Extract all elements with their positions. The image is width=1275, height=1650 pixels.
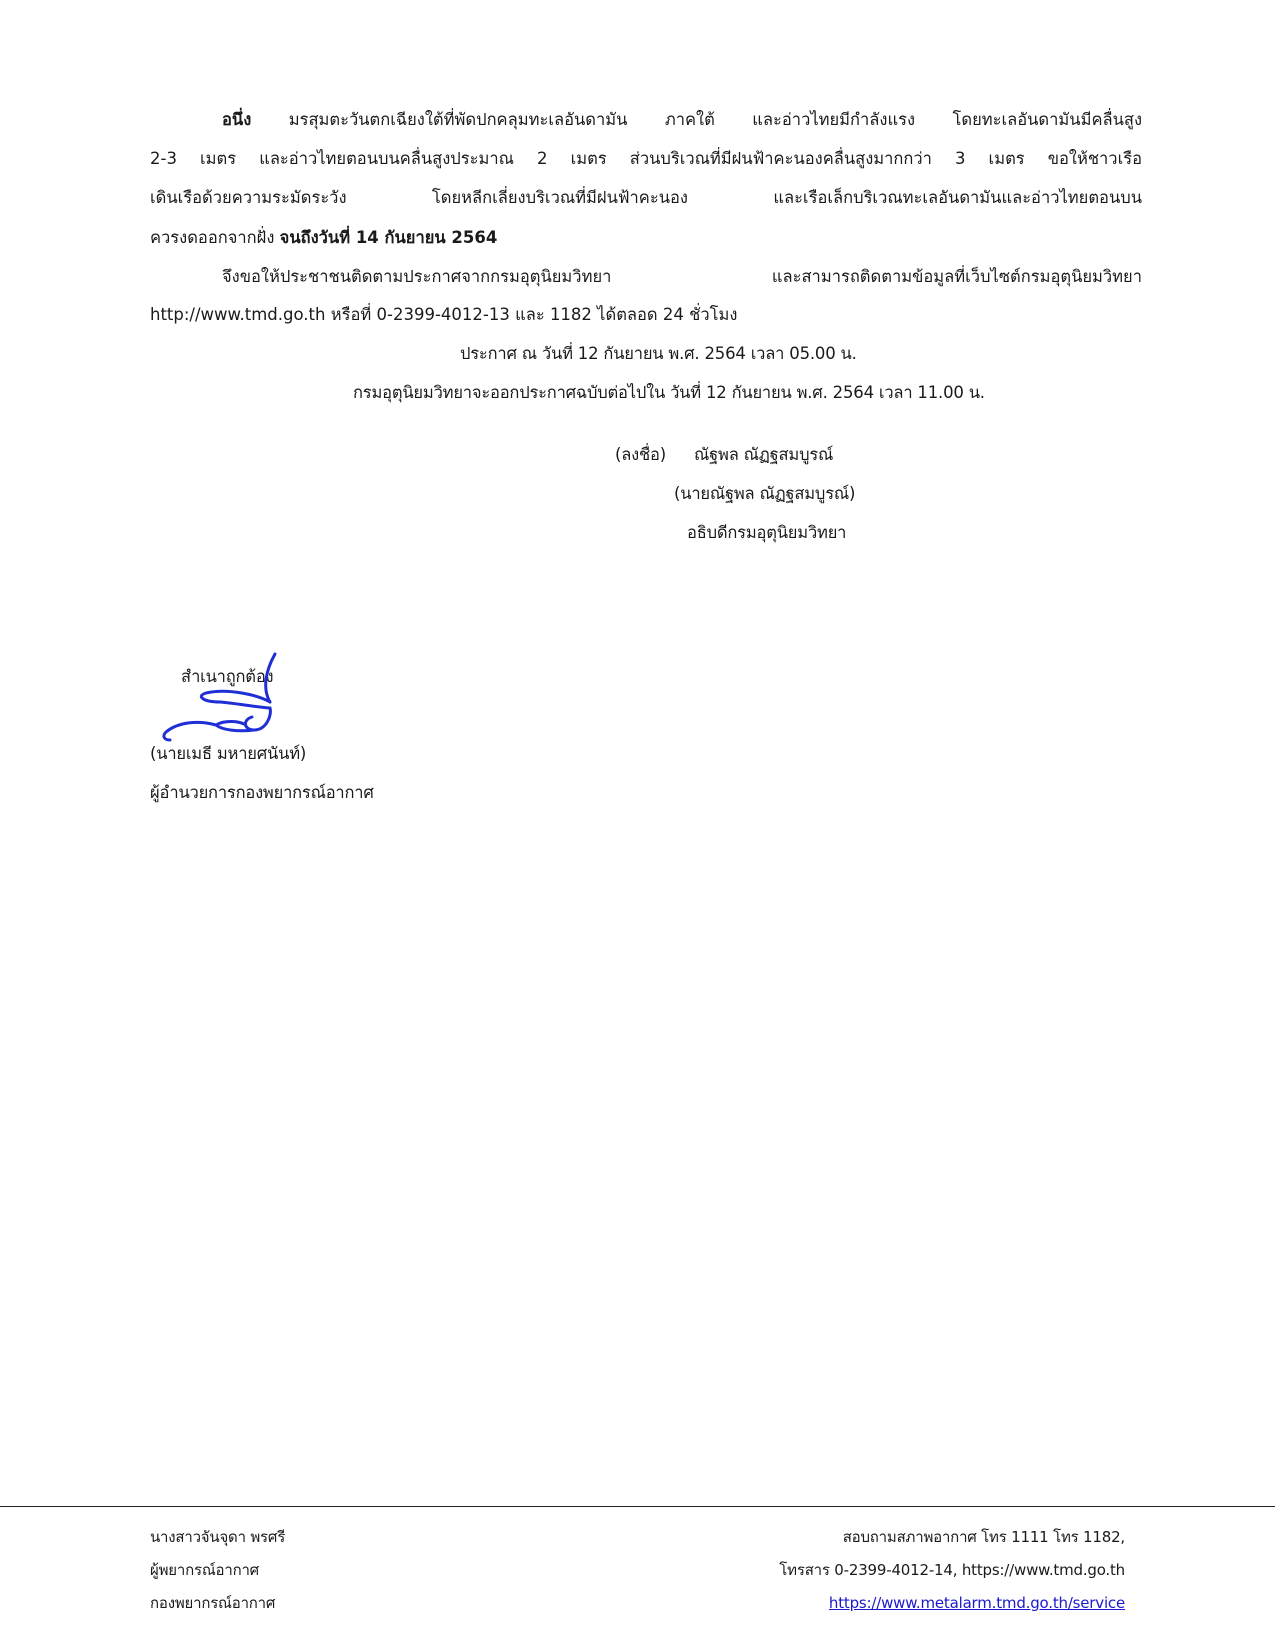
footer-divider — [0, 1506, 1275, 1507]
para1-line1: อนึ่ง มรสุมตะวันตกเฉียงใต้ที่พัดปกคลุมทะ… — [150, 110, 1142, 130]
footer-division: กองพยากรณ์อากาศ — [150, 1593, 275, 1613]
para1-line2: 2-3 เมตร และอ่าวไทยตอนบนคลื่นสูงประมาณ 2… — [150, 149, 1142, 169]
footer-forecaster-name: นางสาวจันจุดา พรศรี — [150, 1527, 285, 1547]
footer-fax-web: โทรสาร 0-2399-4012-14, https://www.tmd.g… — [779, 1560, 1125, 1580]
footer-service-link[interactable]: https://www.metalarm.tmd.go.th/service — [829, 1593, 1125, 1613]
para1-line4: ควรงดออกจากฝั่ง จนถึงวันที่ 14 กันยายน 2… — [150, 228, 1142, 248]
para1-line3: เดินเรือด้วยความระมัดระวัง โดยหลีกเลี่ยง… — [150, 188, 1142, 208]
footer-phone: สอบถามสภาพอากาศ โทร 1111 โทร 1182, — [843, 1527, 1125, 1547]
issued-date: ประกาศ ณ วันที่ 12 กันยายน พ.ศ. 2564 เวล… — [460, 344, 857, 364]
until-date: จนถึงวันที่ 14 กันยายน 2564 — [280, 228, 498, 247]
certifier-name: (นายเมธี มหายศนันท์) — [150, 744, 306, 764]
signed-name: ณัฐพล ณัฏฐสมบูรณ์ — [694, 445, 833, 465]
tmd-url: http://www.tmd.go.th — [150, 305, 325, 324]
next-issue: กรมอุตุนิยมวิทยาจะออกประกาศฉบับต่อไปใน ว… — [353, 383, 985, 403]
para1-lead: อนึ่ง — [222, 110, 251, 129]
handwritten-signature-icon — [158, 650, 288, 745]
para2-line1: จึงขอให้ประชาชนติดตามประกาศจากกรมอุตุนิย… — [150, 267, 1142, 287]
signatory-title: อธิบดีกรมอุตุนิยมวิทยา — [687, 523, 846, 543]
footer-forecaster-position: ผู้พยากรณ์อากาศ — [150, 1560, 259, 1580]
certifier-title: ผู้อำนวยการกองพยากรณ์อากาศ — [150, 783, 374, 803]
signatory-full-name: (นายณัฐพล ณัฏฐสมบูรณ์) — [674, 484, 855, 504]
sign-label: (ลงชื่อ) — [615, 445, 666, 465]
para2-line2: http://www.tmd.go.th หรือที่ 0-2399-4012… — [150, 305, 1142, 325]
